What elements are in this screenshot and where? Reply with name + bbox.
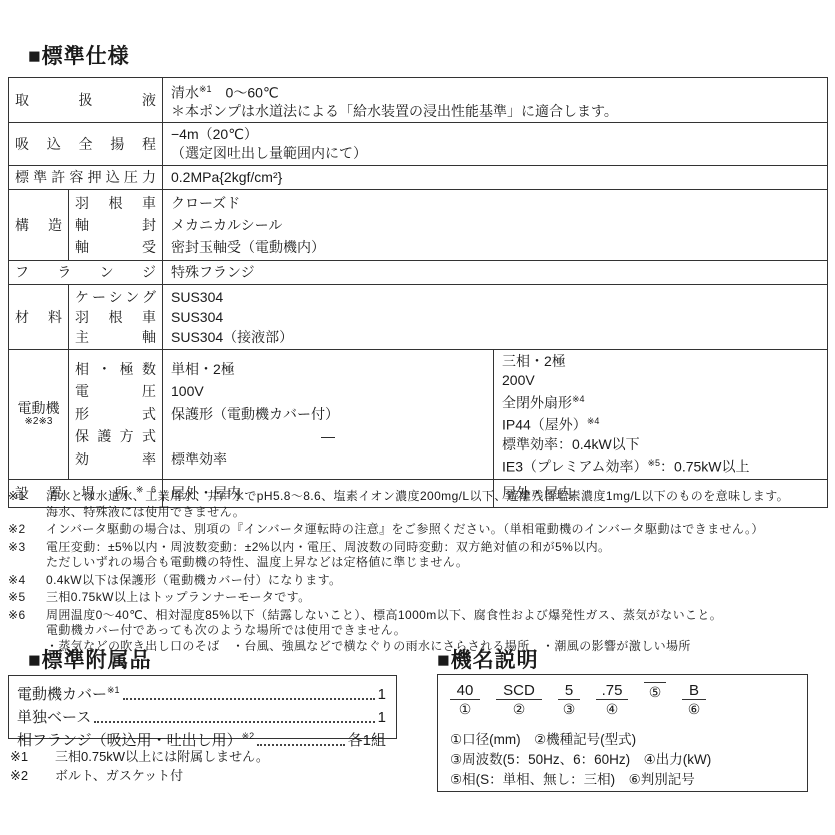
material-sub-main-shaft: 主 軸: [75, 327, 156, 347]
spec-table: 取 扱 液 清水※1 0〜60℃ ＊本ポンプは水道法による「給水装置の浸出性能基…: [8, 77, 828, 508]
spec-row-motor: 電動機 ※2※3 相 ・ 極 数 電 圧 形 式 保 護 方 式 効 率 単相・…: [9, 349, 828, 479]
row-label-flange: フ ラ ン ジ: [15, 262, 156, 282]
footnote-1: ※1 清水とは水道水、工業用水、井戸水でpH5.8〜8.6、塩素イオン濃度200…: [8, 489, 832, 520]
model-segment-bore: 40 ①: [450, 682, 480, 717]
material-value-impeller: SUS304: [171, 307, 819, 327]
material-sub-casing: ケーシング: [75, 287, 156, 307]
structure-sub-bearing: 軸 受: [75, 236, 156, 258]
spec-row-flange: フ ラ ン ジ 特殊フランジ: [9, 260, 828, 284]
accessories-section-title: ■標準附属品: [28, 644, 152, 674]
suction-value-line2: （選定図吐出し量範囲内にて）: [171, 144, 819, 163]
motor-single-voltage: 100V: [171, 380, 485, 403]
accessories-footnotes: ※1 三相0.75kW以上には附属しません。 ※2 ボルト、ガスケット付: [10, 747, 269, 785]
accessory-item-base: 単独ベース 1: [17, 704, 386, 727]
structure-sub-impeller: 羽 根 車: [75, 192, 156, 214]
model-segment-series: SCD ②: [496, 682, 542, 717]
model-section-title: ■機名説明: [437, 644, 539, 674]
footnote-3: ※3 電圧変動：±5%以内・周波数変動：±2%以内・電圧、周波数の同時変動：双方…: [8, 540, 832, 571]
motor-three-type: 全閉外扇形※4: [502, 390, 819, 413]
accessory-qty: 1: [378, 709, 386, 727]
motor-single-phase-poles: 単相・2極: [171, 358, 485, 381]
row-label-motor: 電動機: [15, 400, 62, 416]
footnote-ref-4: ※4: [572, 394, 585, 404]
liquid-type: 清水: [171, 85, 199, 101]
suction-value-line1: −4m（20℃）: [171, 125, 819, 144]
row-label-structure: 構 造: [15, 215, 62, 235]
motor-single-efficiency: 標準効率: [171, 448, 485, 471]
material-sub-impeller: 羽 根 車: [75, 307, 156, 327]
dotted-leader: [123, 698, 375, 700]
motor-three-voltage: 200V: [502, 371, 819, 390]
model-code-line: 40 ① SCD ② 5 ③ .75 ④ ⑤ B ⑥: [450, 682, 795, 717]
model-description-line3: ⑤相(S：単相、無し：三相) ⑥判別記号: [450, 770, 795, 790]
structure-value-impeller: クローズド: [171, 192, 819, 214]
footnote-4: ※4 0.4kW以下は保護形（電動機カバー付）になります。: [8, 573, 832, 589]
motor-single-type: 保護形（電動機カバー付）: [171, 403, 485, 426]
motor-sub-efficiency: 効 率: [75, 448, 156, 471]
row-label-handled-liquid: 取 扱 液: [15, 90, 156, 110]
row-label-material: 材 料: [15, 307, 62, 327]
motor-sub-protection: 保 護 方 式: [75, 425, 156, 448]
motor-single-phase-cell: 単相・2極 100V 保護形（電動機カバー付） — 標準効率: [163, 349, 494, 479]
footnote-ref-1: ※1: [107, 685, 120, 695]
spec-row-suction-head: 吸 込 全 揚 程 −4m（20℃） （選定図吐出し量範囲内にて）: [9, 122, 828, 165]
footnote-ref-5: ※5: [647, 458, 660, 468]
accessory-item-motor-cover: 電動機カバー※1 1: [17, 681, 386, 704]
motor-single-protection: —: [171, 425, 485, 448]
accessory-footnote-1: ※1 三相0.75kW以上には附属しません。: [10, 747, 269, 766]
spec-row-handled-liquid: 取 扱 液 清水※1 0〜60℃ ＊本ポンプは水道法による「給水装置の浸出性能基…: [9, 78, 828, 123]
footnote-ref-4: ※4: [587, 416, 600, 426]
motor-three-efficiency-std: 標準効率：0.4kW以下: [502, 435, 819, 454]
motor-sub-type: 形 式: [75, 403, 156, 426]
accessory-footnote-2: ※2 ボルト、ガスケット付: [10, 766, 269, 785]
model-segment-discriminator: B ⑥: [682, 682, 706, 717]
dotted-leader: [257, 744, 344, 746]
liquid-value-line2: ＊本ポンプは水道法による「給水装置の浸出性能基準」に適合します。: [171, 102, 819, 120]
model-segment-output: .75 ④: [596, 682, 628, 717]
model-description-line2: ③周波数(5：50Hz、6：60Hz) ④出力(kW): [450, 750, 795, 770]
spec-row-material: 材 料 ケーシング 羽 根 車 主 軸 SUS304 SUS304 SUS304…: [9, 284, 828, 349]
spec-row-structure: 構 造 羽 根 車 軸 封 軸 受 クローズド メカニカルシール 密封玉軸受（電…: [9, 189, 828, 260]
structure-value-bearing: 密封玉軸受（電動機内）: [171, 236, 819, 258]
footnote-5: ※5 三相0.75kW以上はトップランナーモータです。: [8, 590, 832, 606]
motor-three-phase-cell: 三相・2極 200V 全閉外扇形※4 IP44（屋外）※4 標準効率：0.4kW…: [494, 349, 828, 479]
accessory-qty: 各1組: [348, 732, 386, 750]
model-code-box: 40 ① SCD ② 5 ③ .75 ④ ⑤ B ⑥ ①口径(mm) ②機種記号…: [437, 674, 808, 792]
accessory-qty: 1: [378, 686, 386, 704]
material-value-main-shaft: SUS304（接液部）: [171, 327, 819, 347]
spec-footnotes: ※1 清水とは水道水、工業用水、井戸水でpH5.8〜8.6、塩素イオン濃度200…: [8, 489, 832, 656]
motor-sub-voltage: 電 圧: [75, 380, 156, 403]
material-value-casing: SUS304: [171, 287, 819, 307]
row-label-inlet-pressure: 標準許容押込圧力: [15, 167, 156, 187]
motor-three-efficiency-ie3: IE3（プレミアム効率）※5：0.75kW以上: [502, 454, 819, 477]
motor-three-phase-poles: 三相・2極: [502, 352, 819, 371]
row-label-suction-head: 吸 込 全 揚 程: [15, 134, 156, 154]
motor-three-protection: IP44（屋外）※4: [502, 412, 819, 435]
footnote-2: ※2 インバータ駆動の場合は、別項の『インバータ運転時の注意』をご参照ください。…: [8, 522, 832, 538]
motor-sub-phase-poles: 相 ・ 極 数: [75, 358, 156, 381]
accessory-label: 電動機カバー※1: [17, 681, 120, 704]
footnote-ref-1: ※1: [199, 84, 212, 94]
spec-row-inlet-pressure: 標準許容押込圧力 0.2MPa{2kgf/cm²}: [9, 165, 828, 189]
footnote-ref-2: ※2: [242, 731, 255, 741]
motor-footnote-refs: ※2※3: [15, 416, 62, 428]
dotted-leader: [94, 721, 374, 723]
model-segment-phase: ⑤: [644, 682, 666, 717]
structure-value-shaft-seal: メカニカルシール: [171, 214, 819, 236]
flange-value: 特殊フランジ: [171, 263, 819, 282]
liquid-value-line1: 清水※1 0〜60℃: [171, 80, 819, 102]
structure-sub-shaft-seal: 軸 封: [75, 214, 156, 236]
liquid-temp-range: 0〜60℃: [212, 85, 279, 101]
model-segment-frequency: 5 ③: [558, 682, 580, 717]
spec-section-title: ■標準仕様: [28, 40, 130, 70]
accessory-label: 単独ベース: [17, 704, 91, 727]
model-description-line1: ①口径(mm) ②機種記号(型式): [450, 730, 795, 750]
accessories-box: 電動機カバー※1 1 単独ベース 1 相フランジ（吸込用・吐出し用）※2 各1組: [8, 675, 397, 739]
pressure-value: 0.2MPa{2kgf/cm²}: [171, 168, 819, 187]
